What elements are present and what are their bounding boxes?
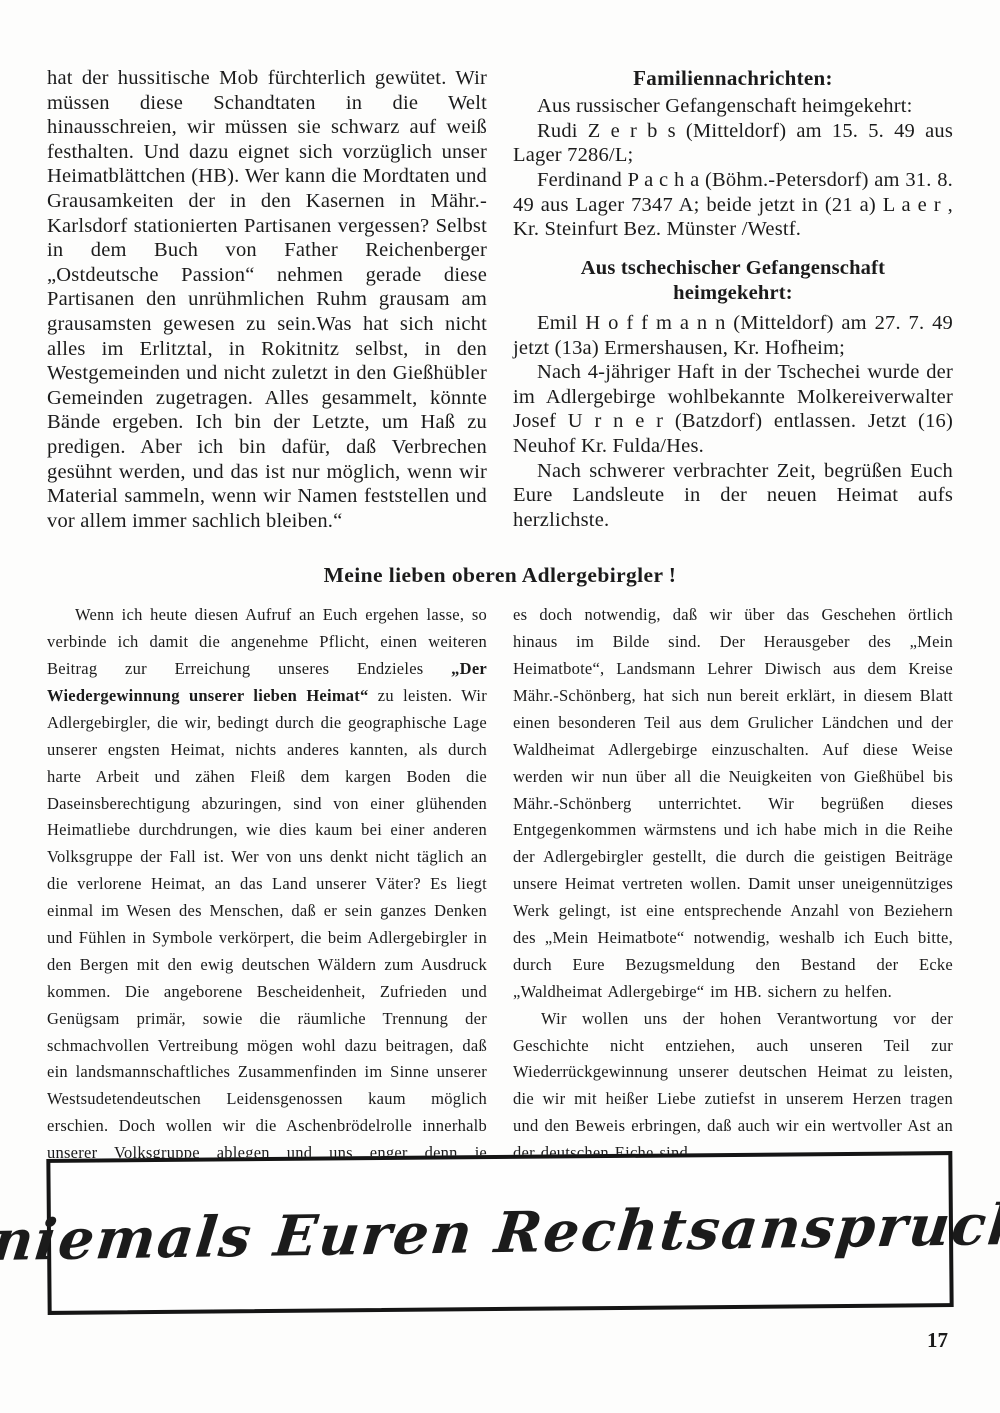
family-news-intro: Aus russischer Gefangenschaft heimgekehr… — [513, 94, 953, 119]
top-left-column: hat der hussitische Mob fürchterlich gew… — [47, 66, 487, 533]
top-right-column: Familiennachrichten: Aus russischer Gefa… — [513, 66, 953, 533]
letter-section: Wenn ich heute diesen Aufruf an Euch erg… — [47, 602, 953, 1222]
czech-captivity-heading: Aus tschechischer Gefangenschaft heimgek… — [513, 256, 953, 307]
page-number: 17 — [927, 1328, 948, 1353]
family-news-heading: Familiennachrichten: — [513, 66, 953, 91]
czech-heading-line2: heimgekehrt: — [673, 282, 793, 304]
slogan-box: Gebt niemals Euren Rechtsanspruch auf! — [46, 1151, 953, 1315]
family-news-entry: Nach schwerer verbrachter Zeit, begrüßen… — [513, 459, 953, 533]
czech-heading-line1: Aus tschechischer Gefangenschaft — [581, 257, 885, 279]
family-news-entry: Rudi Z e r b s (Mitteldorf) am 15. 5. 49… — [513, 119, 953, 168]
letter-paragraph-left: Wenn ich heute diesen Aufruf an Euch erg… — [47, 602, 487, 1220]
newsletter-page: hat der hussitische Mob fürchterlich gew… — [0, 0, 1000, 1413]
top-section: hat der hussitische Mob fürchterlich gew… — [47, 66, 953, 533]
page-content: hat der hussitische Mob fürchterlich gew… — [47, 66, 953, 1223]
slogan-text: Gebt niemals Euren Rechtsanspruch auf! — [0, 1189, 1000, 1277]
letter-paragraph-right: es doch notwendig, daß wir über das Gesc… — [513, 602, 953, 1005]
letter-left-text-post: zu leisten. Wir Adlergebirgler, die wir,… — [47, 686, 487, 1216]
article-continuation-paragraph: hat der hussitische Mob fürchterlich gew… — [47, 66, 487, 533]
family-news-entry: Emil H o f f m a n n (Mitteldorf) am 27.… — [513, 311, 953, 360]
family-news-entry: Ferdinand P a c h a (Böhm.-Petersdorf) a… — [513, 168, 953, 242]
letter-right-column: es doch notwendig, daß wir über das Gesc… — [513, 602, 953, 1222]
letter-paragraph-right: Wir wollen uns der hohen Verantwortung v… — [513, 1006, 953, 1167]
letter-heading: Meine lieben oberen Adlergebirgler ! — [47, 563, 953, 588]
letter-left-column: Wenn ich heute diesen Aufruf an Euch erg… — [47, 602, 487, 1222]
family-news-entry: Nach 4-jähriger Haft in der Tschechei wu… — [513, 360, 953, 458]
letter-left-text-pre: Wenn ich heute diesen Aufruf an Euch erg… — [47, 605, 487, 678]
